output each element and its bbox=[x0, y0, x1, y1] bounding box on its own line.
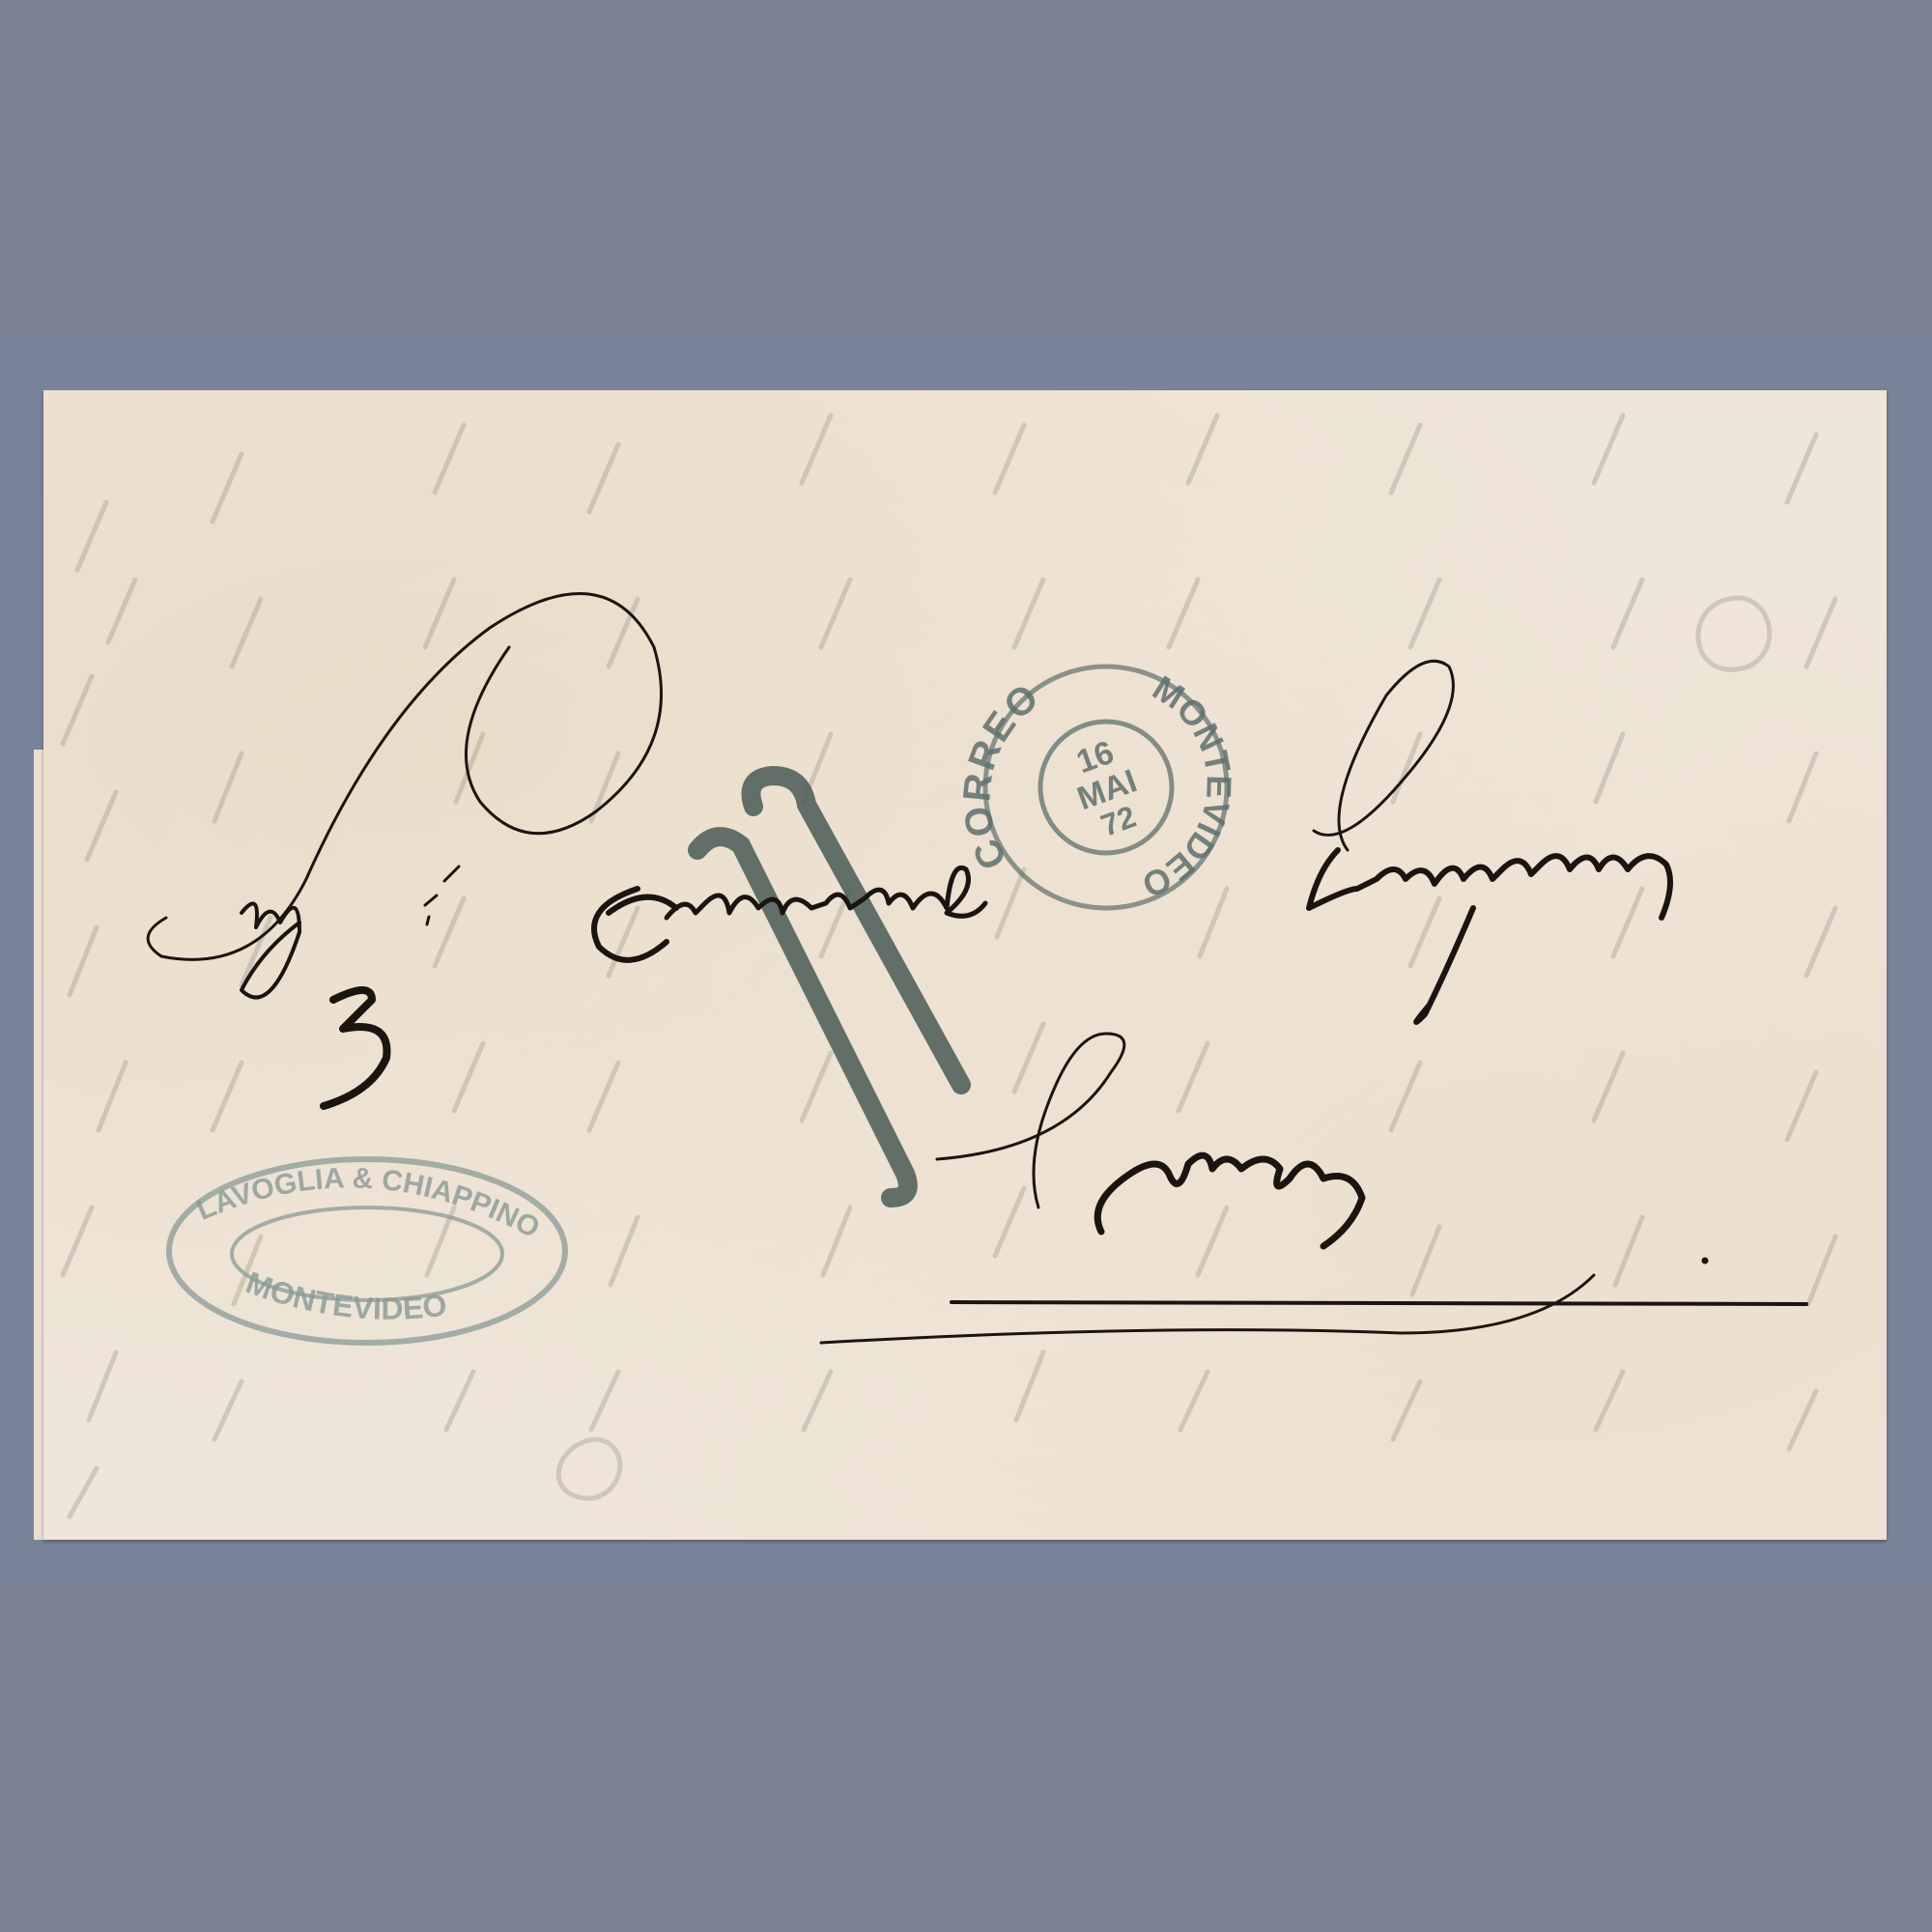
show-through-script bbox=[63, 415, 1835, 1517]
svg-text:MONTEVIDEO: MONTEVIDEO bbox=[1136, 668, 1239, 906]
sender-cachet: LAVOGLIA & CHIAPPINO MONTEVIDEO bbox=[169, 1159, 565, 1343]
cover-markings: LAVOGLIA & CHIAPPINO MONTEVIDEO CORREO M… bbox=[0, 0, 1932, 1932]
postmark: CORREO MONTEVIDEO 16 MAI 72 bbox=[955, 667, 1239, 908]
svg-text:MONTEVIDEO: MONTEVIDEO bbox=[241, 1264, 448, 1326]
due-marking bbox=[697, 776, 961, 1198]
handwritten-address bbox=[148, 593, 1806, 1343]
svg-text:CORREO: CORREO bbox=[955, 675, 1048, 876]
